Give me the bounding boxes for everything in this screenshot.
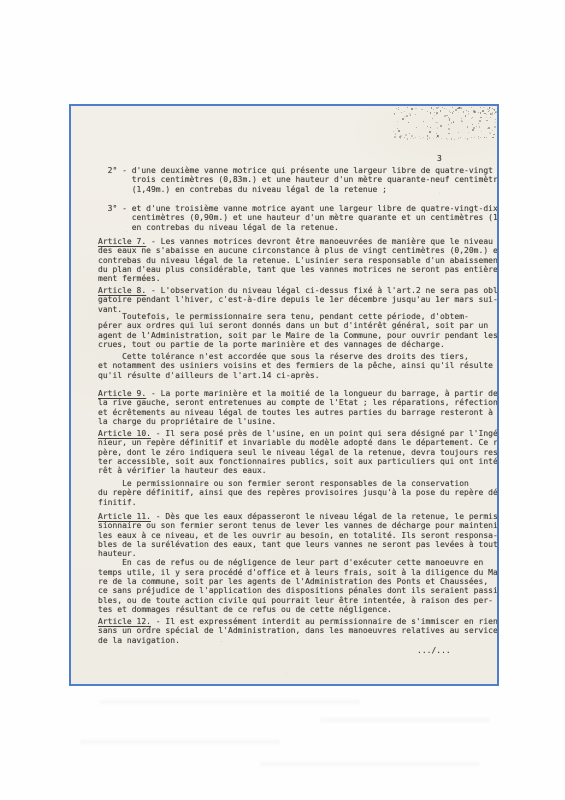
text-line: qu'il résulte d'ailleurs de l'art.14 ci-… — [98, 371, 493, 380]
text-line: père, dont le zéro indiquera seul le niv… — [98, 448, 499, 457]
text-line: nieur, un repère définitif et invariable… — [98, 438, 499, 447]
text-line: pérer aux ordres qui lui seront donnés d… — [98, 321, 498, 330]
text-line: rêt à vérifier la hauteur des eaux. — [98, 466, 499, 475]
paragraph: Le permissionnaire ou son fermier seront… — [98, 479, 499, 507]
text-line: En cas de refus ou de négligence de leur… — [98, 558, 499, 567]
text-line: les eaux à ce niveau, et de les ouvrir a… — [98, 531, 499, 540]
text-line: agent de l'Administration, soit par le M… — [98, 331, 498, 340]
article-label: Article 10. — [98, 429, 151, 438]
text-line: et notamment des usiniers voisins et des… — [98, 361, 493, 370]
text-line: Article 11. - Dès que les eaux dépassero… — [98, 512, 499, 521]
text-line: contrebas du niveau légal de la retenue.… — [98, 256, 499, 265]
text-line: du plan d'eau plus considérable, tant qu… — [98, 265, 499, 274]
article-first-line-rest: - L'observation du niveau légal ci-dessu… — [146, 286, 499, 295]
paragraph: Toutefois, le permissionnaire sera tenu,… — [98, 312, 498, 349]
article-first-line-rest: - Il sera posé près de l'usine, en un po… — [151, 429, 499, 438]
text-line: ce sans préjudice de l'application des d… — [98, 586, 499, 595]
text-line: crues, tout ou partie de la porte marini… — [98, 340, 498, 349]
text-line: ter accessible, soit aux fonctionnaires … — [98, 457, 499, 466]
text-line: la rive gauche, seront entretenues au co… — [98, 398, 498, 407]
text-line: gatoire pendant l'hiver, c'est-à-dire de… — [98, 295, 499, 304]
text-line: Le permissionnaire ou son fermier seront… — [98, 479, 499, 488]
text-line: la charge du propriétaire de l'usine. — [98, 417, 498, 426]
article-label: Article 7. — [98, 237, 146, 246]
text-line: finitif. — [98, 498, 499, 507]
text-line: bles de la surélévation des eaux, tant q… — [98, 540, 499, 549]
text-line: 3° - et d'une troisième vanne motrice ay… — [98, 204, 499, 213]
article-label: Article 11. — [98, 512, 151, 521]
bleed-through-mark — [320, 718, 490, 722]
text-line: en contrebas du niveau légal de la reten… — [98, 223, 499, 232]
text-line: de la navigation. — [98, 636, 499, 645]
text-line: Cette tolérance n'est accordée que sous … — [98, 352, 493, 361]
text-line: trois centimètres (0,83m.) et une hauteu… — [98, 175, 499, 184]
article-12-paragraph: Article 12. - Il est expressément interd… — [98, 617, 499, 645]
bleed-through-mark — [260, 762, 480, 766]
paragraph: 3° - et d'une troisième vanne motrice ay… — [98, 204, 499, 232]
text-line: bles, ou de toute action civile qui pour… — [98, 596, 499, 605]
text-line: tes et dommages résultant de ce refus ou… — [98, 605, 499, 614]
text-line: temps utile, il y sera procédé d'office … — [98, 568, 499, 577]
text-line: Article 7. - Les vannes motrices devront… — [98, 237, 499, 246]
text-line: du repère définitif, ainsi que des repèr… — [98, 488, 499, 497]
text-line: Toutefois, le permissionnaire sera tenu,… — [98, 312, 498, 321]
text-line: des eaux ne s'abaisse en aucune circonst… — [98, 246, 499, 255]
text-line: 2° - d'une deuxième vanne motrice qui pr… — [98, 166, 499, 175]
text-line: (1,49m.) en contrebas du niveau légal de… — [98, 185, 499, 194]
scanned-page: 3 2° - d'une deuxième vanne motrice qui … — [69, 104, 499, 686]
bleed-through-mark — [100, 700, 360, 704]
article-first-line-rest: - La porte marinière et la moitié de la … — [146, 389, 498, 398]
article-label: Article 8. — [98, 286, 146, 295]
article-label: Article 12. — [98, 617, 151, 626]
text-line: centimètres (0,90m.) et une hauteur d'un… — [98, 213, 499, 222]
text-line: re de la commune, soit par les agents de… — [98, 577, 499, 586]
paragraph: Cette tolérance n'est accordée que sous … — [98, 352, 493, 380]
text-line: ment fermées. — [98, 274, 499, 283]
article-first-line-rest: - Il est expressément interdit au permis… — [151, 617, 499, 626]
article-11-paragraph: Article 11. - Dès que les eaux dépassero… — [98, 512, 499, 614]
bleed-through-mark — [80, 740, 280, 744]
text-line: Article 12. - Il est expressément interd… — [98, 617, 499, 626]
continuation-mark: .../... — [417, 646, 451, 655]
text-line: sionnaire ou son fermier seront tenus de… — [98, 521, 499, 530]
text-line: et écrêtements au niveau légal de toutes… — [98, 408, 498, 417]
article-first-line-rest: - Dès que les eaux dépasseront le niveau… — [151, 512, 499, 521]
article-9-paragraph: Article 9. - La porte marinière et la mo… — [98, 389, 498, 426]
text-line: Article 8. - L'observation du niveau lég… — [98, 286, 499, 295]
text-line: Article 10. - Il sera posé près de l'usi… — [98, 429, 499, 438]
document-text: 2° - d'une deuxième vanne motrice qui pr… — [98, 106, 499, 684]
document-viewer: 3 2° - d'une deuxième vanne motrice qui … — [0, 0, 565, 800]
article-label: Article 9. — [98, 389, 146, 398]
article-7-paragraph: Article 7. - Les vannes motrices devront… — [98, 237, 499, 283]
text-line: sans un ordre spécial de l'Administratio… — [98, 626, 499, 635]
paragraph: 2° - d'une deuxième vanne motrice qui pr… — [98, 166, 499, 194]
article-10-paragraph: Article 10. - Il sera posé près de l'usi… — [98, 429, 499, 475]
article-first-line-rest: - Les vannes motrices devront être manoe… — [146, 237, 493, 246]
text-line: Article 9. - La porte marinière et la mo… — [98, 389, 498, 398]
article-8-paragraph: Article 8. - L'observation du niveau lég… — [98, 286, 499, 314]
